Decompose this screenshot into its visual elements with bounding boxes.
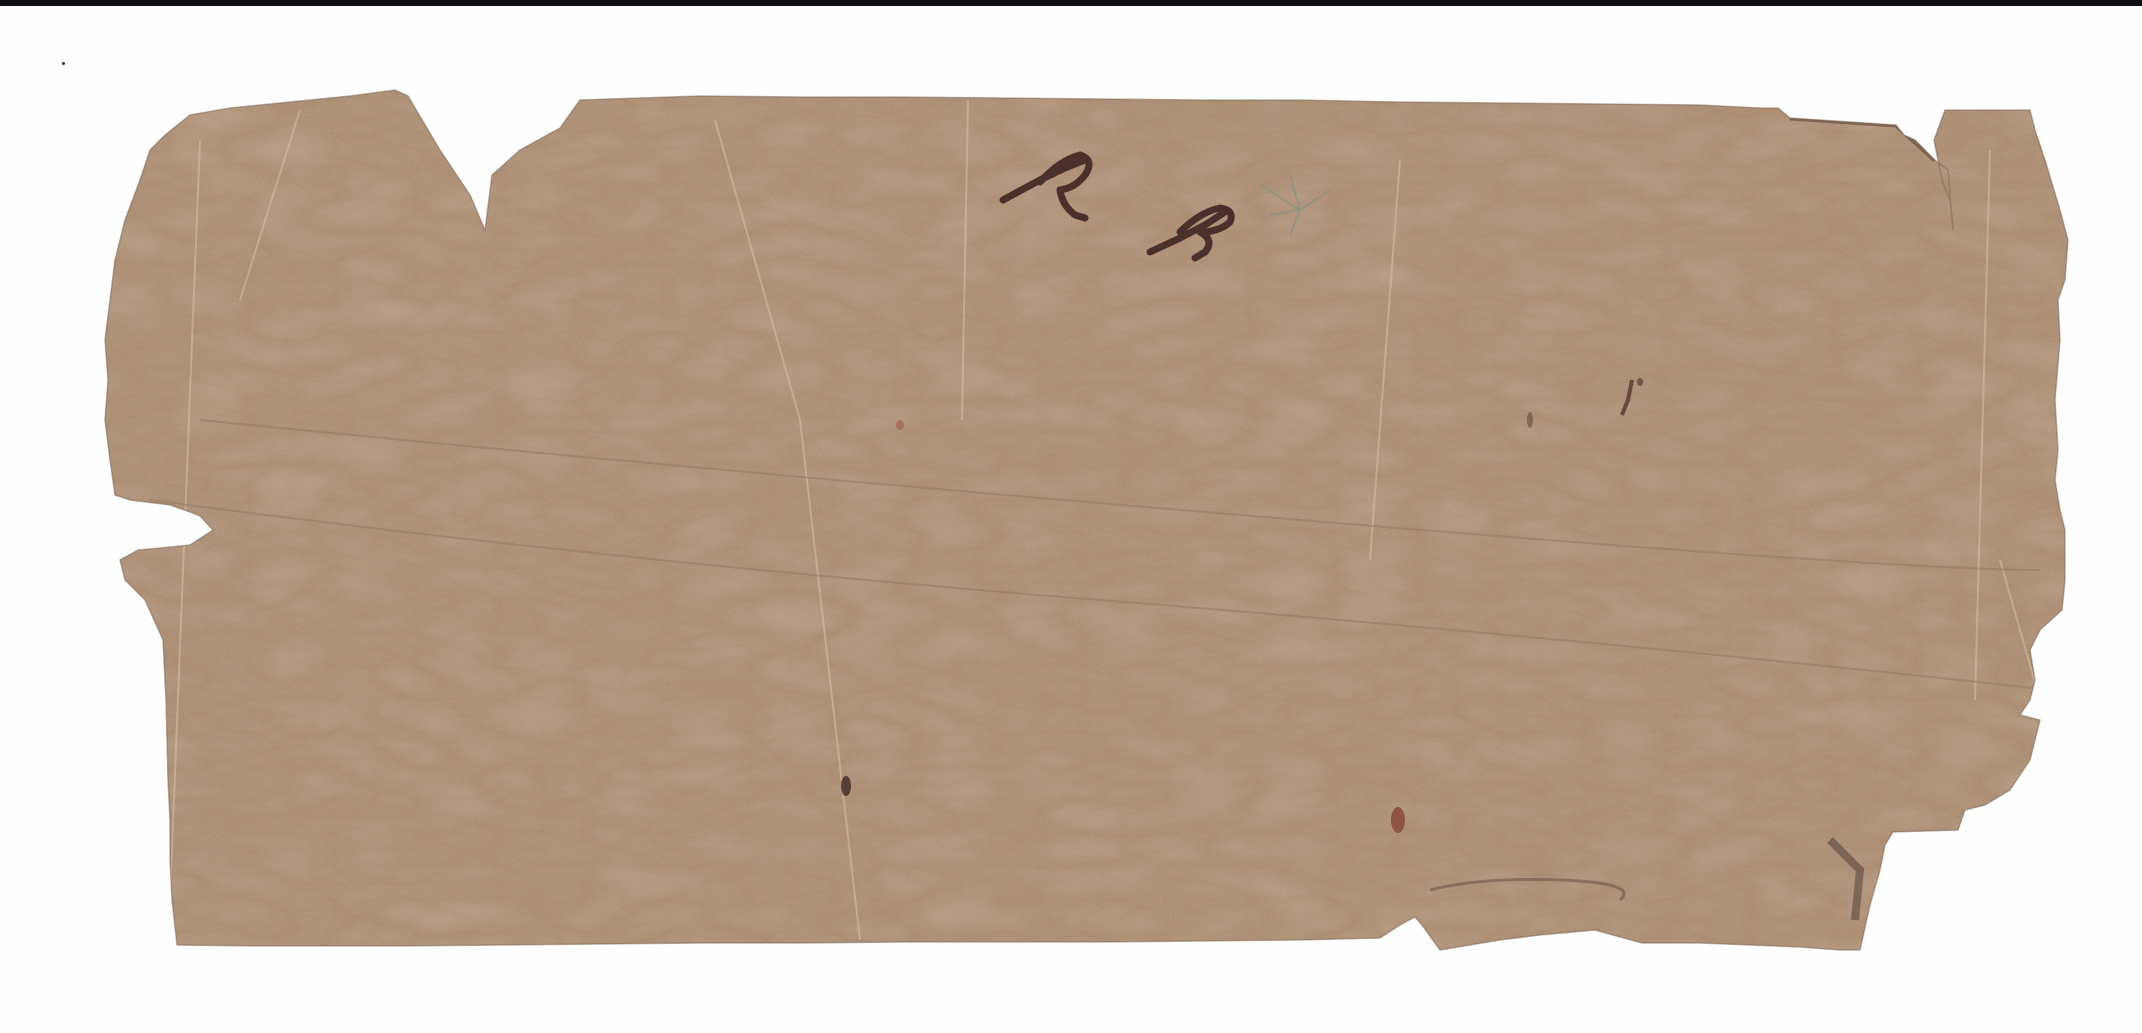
dark-speck	[841, 776, 851, 796]
paper-fragment	[0, 0, 2142, 1033]
small-red-dot	[896, 420, 904, 430]
reddish-stain	[1391, 807, 1405, 833]
